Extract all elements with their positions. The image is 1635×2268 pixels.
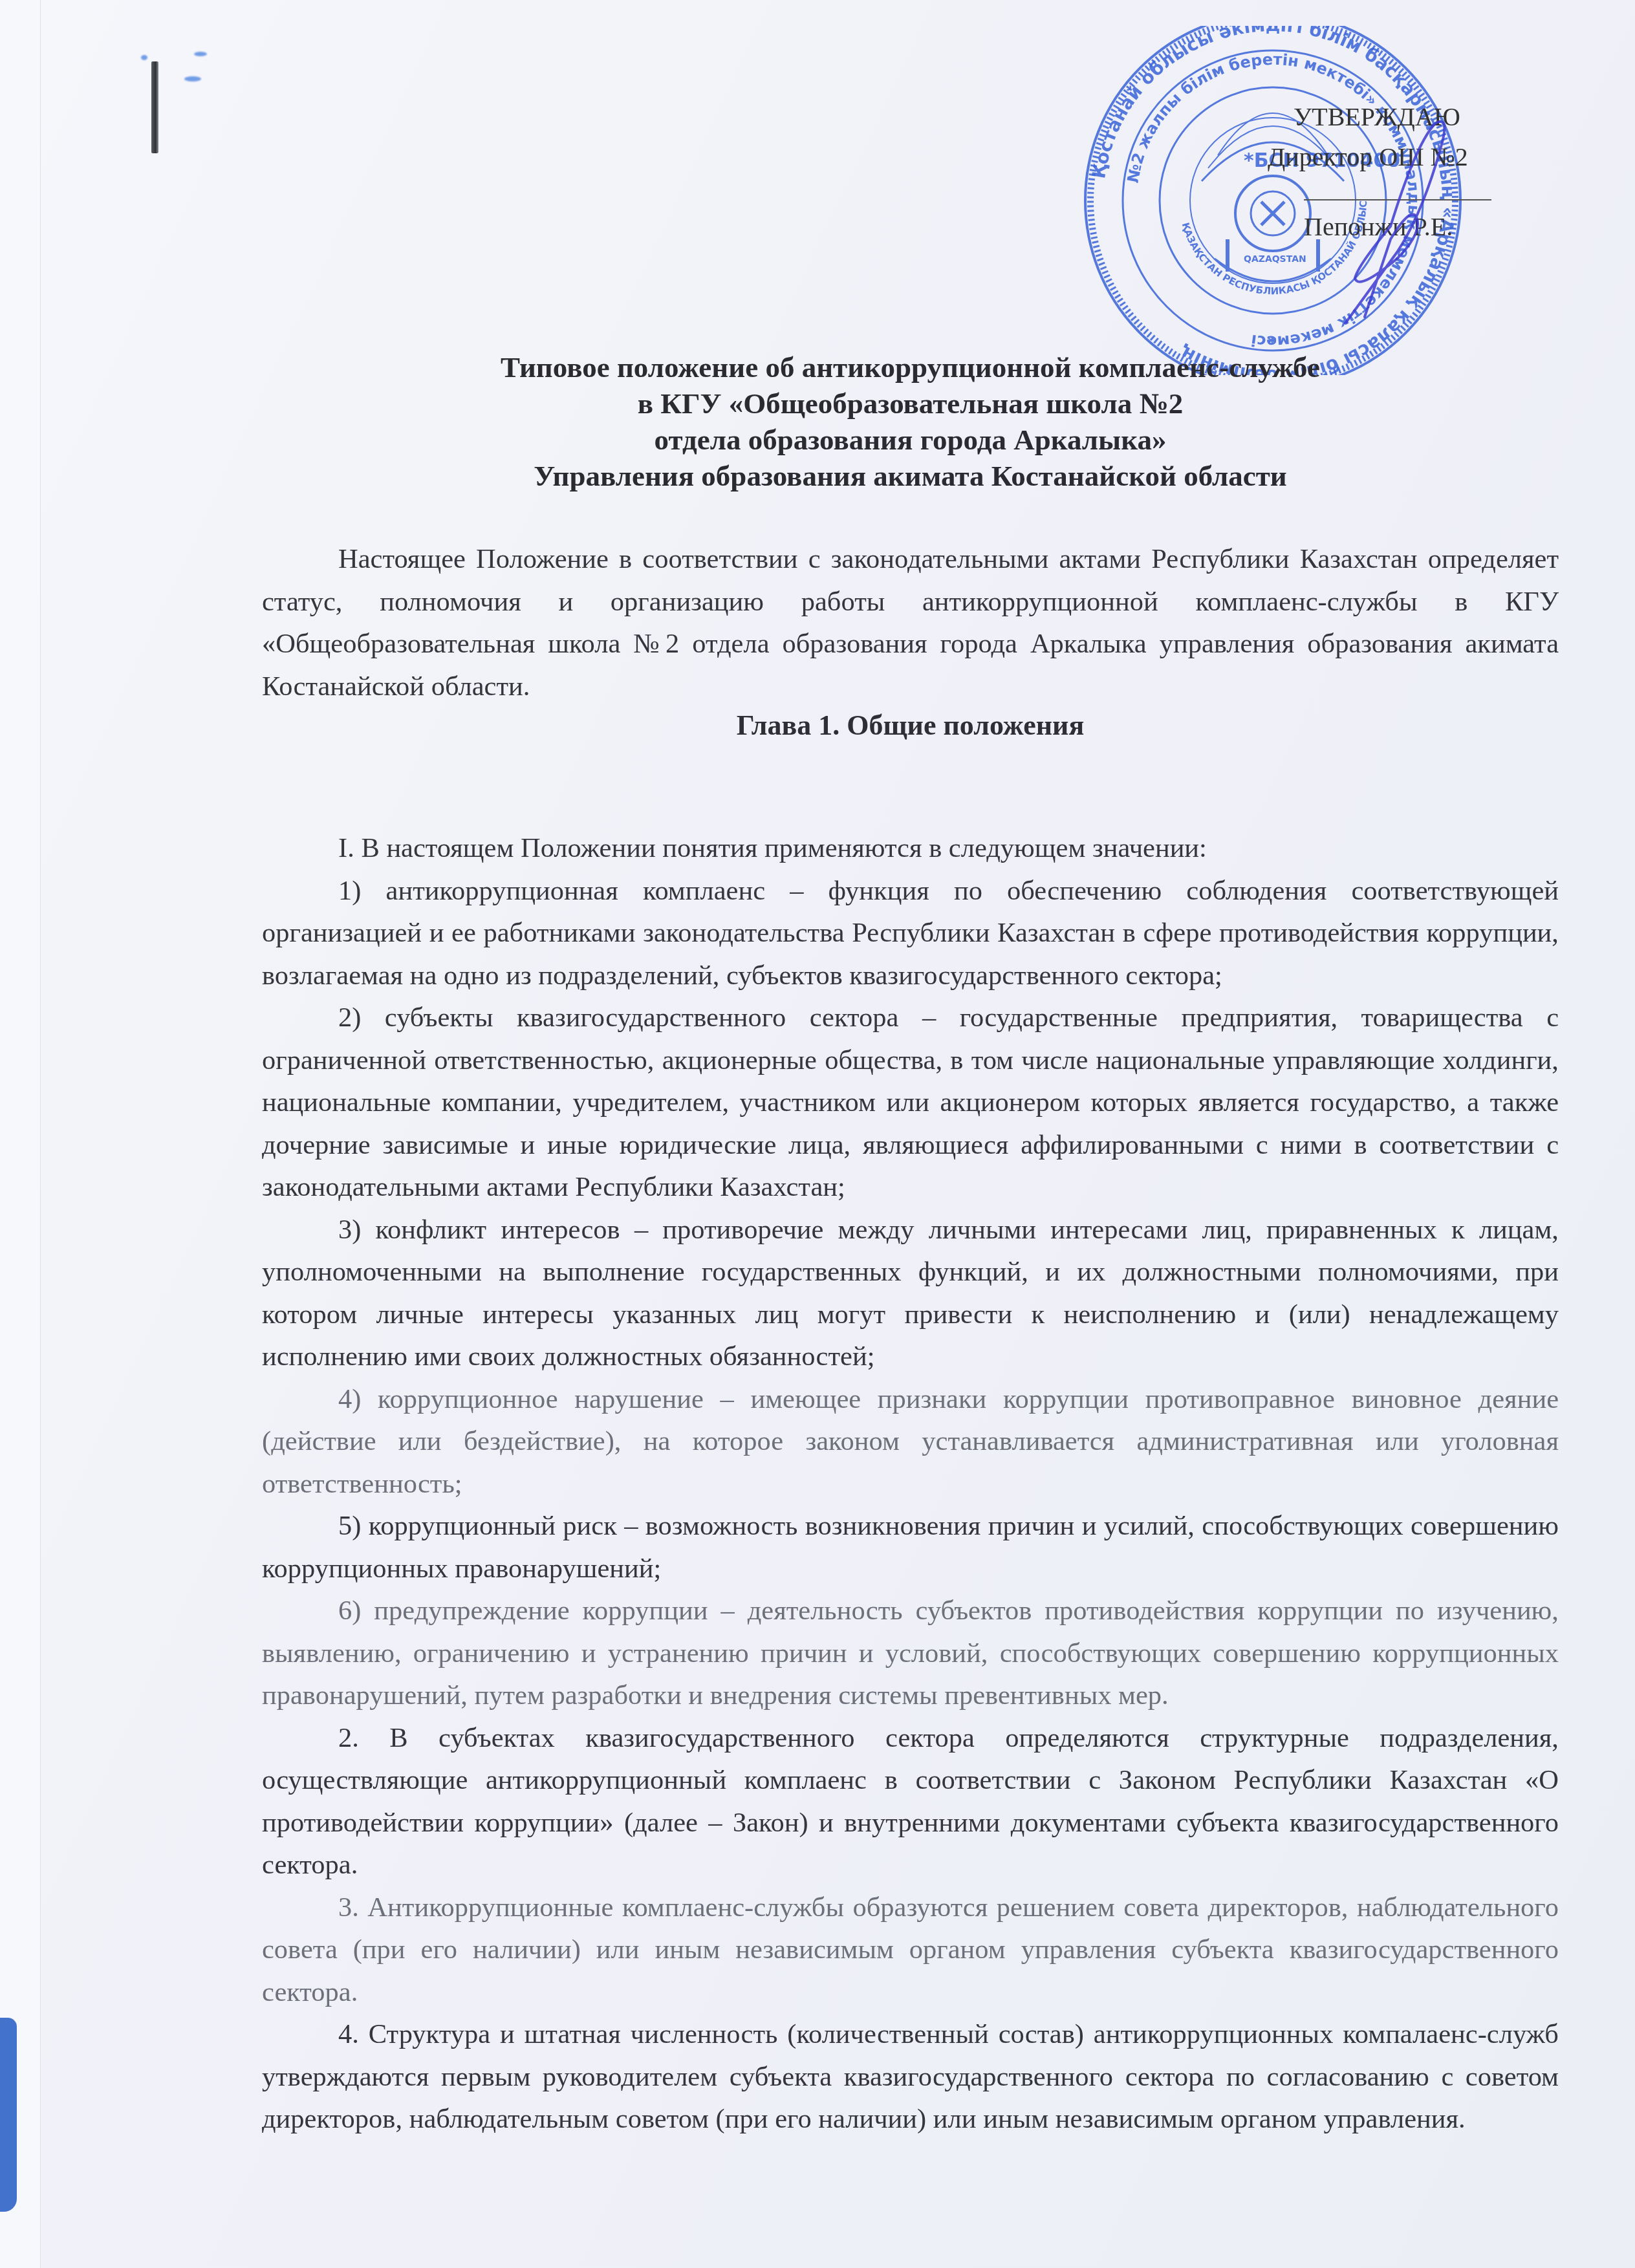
scan-margin: [0, 0, 41, 2268]
ink-smudge: [0, 2018, 17, 2212]
chapter-heading: Глава 1. Общие положения: [262, 706, 1559, 745]
clause-paragraph: 2) субъекты квазигосударственного сектор…: [262, 997, 1559, 1209]
intro-section: Настоящее Положение в соответствии с зак…: [262, 538, 1559, 707]
approval-position: Директор ОШ №2: [1268, 137, 1552, 177]
ink-speck: [141, 55, 147, 60]
clause-paragraph: 3. Антикоррупционные комплаенс-службы об…: [262, 1886, 1559, 2014]
approval-block: УТВЕРЖДАЮ Директор ОШ №2 Пепонжи Р.Е.: [1268, 97, 1552, 247]
signature-line: [1304, 199, 1491, 200]
chapter-body: I. В настоящем Положении понятия применя…: [262, 827, 1559, 2141]
clause-paragraph: 4. Структура и штатная численность (коли…: [262, 2013, 1559, 2141]
clause-paragraph: 1) антикоррупционная комплаенс – функция…: [262, 870, 1559, 997]
title-line: Типовое положение об антикоррупционной к…: [262, 349, 1559, 385]
intro-paragraph: Настоящее Положение в соответствии с зак…: [262, 538, 1559, 707]
clause-paragraph: 2. В субъектах квазигосударственного сек…: [262, 1717, 1559, 1886]
clause-paragraph: 3) конфликт интересов – противоречие меж…: [262, 1209, 1559, 1378]
ink-speck: [194, 52, 207, 56]
title-line: в КГУ «Общеобразовательная школа №2: [262, 385, 1559, 422]
title-line: Управления образования акимата Костанайс…: [262, 458, 1559, 494]
document-title: Типовое положение об антикоррупционной к…: [262, 349, 1559, 494]
clause-paragraph: I. В настоящем Положении понятия применя…: [262, 827, 1559, 870]
ink-speck: [184, 76, 201, 81]
clause-paragraph: 5) коррупционный риск – возможность возн…: [262, 1505, 1559, 1590]
title-line: отдела образования города Аркалыка»: [262, 422, 1559, 458]
approval-signer: Пепонжи Р.Е.: [1268, 207, 1552, 247]
clause-paragraph: 4) коррупционное нарушение – имеющее при…: [262, 1378, 1559, 1506]
staple-mark: [151, 61, 158, 153]
approval-heading: УТВЕРЖДАЮ: [1268, 97, 1552, 137]
clause-paragraph: 6) предупреждение коррупции – деятельнос…: [262, 1590, 1559, 1717]
